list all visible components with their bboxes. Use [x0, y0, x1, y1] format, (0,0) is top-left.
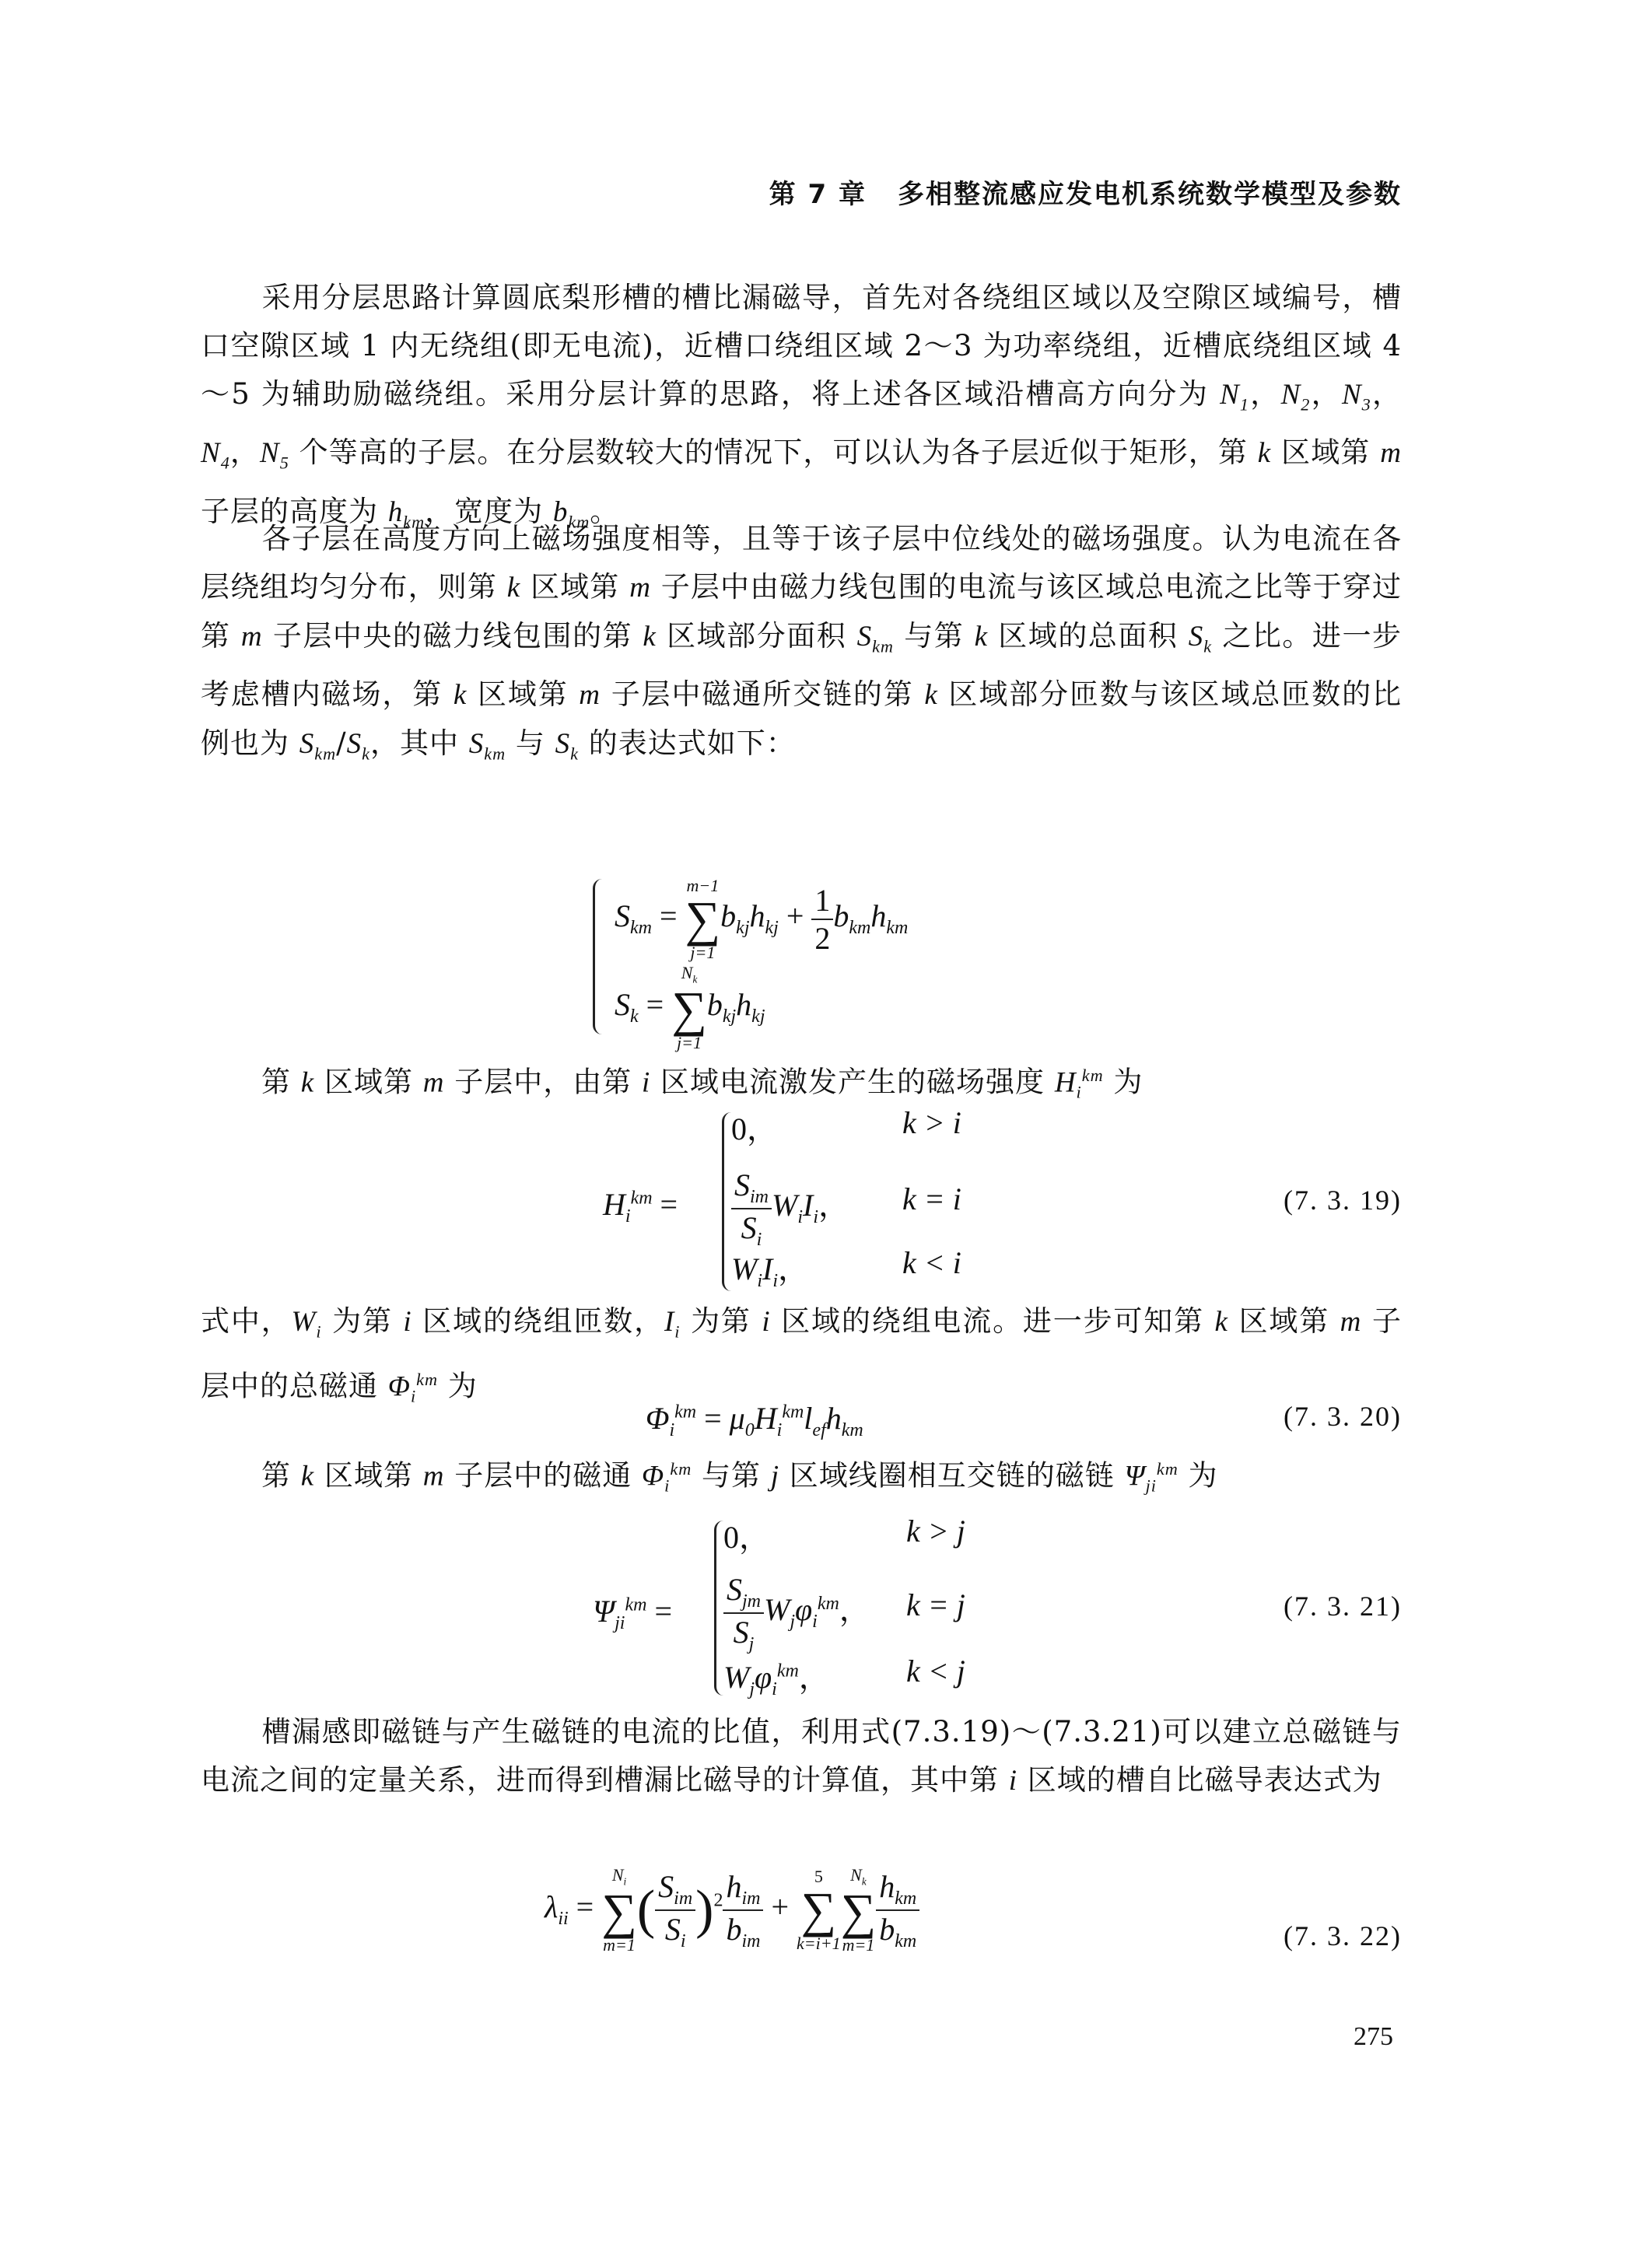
chapter-title: 多相整流感应发电机系统数学模型及参数	[898, 179, 1402, 210]
equation-number: (7. 3. 22)	[1284, 1920, 1402, 1952]
page-number: 275	[1354, 2022, 1393, 2052]
equation-number: (7. 3. 20)	[1284, 1400, 1402, 1433]
chapter-number: 第 7 章	[769, 179, 867, 210]
equation-number: (7. 3. 21)	[1284, 1590, 1402, 1622]
paragraph-3: 第 k 区域第 m 子层中，由第 i 区域电流激发产生的磁场强度 Hikm 为	[201, 1052, 1402, 1117]
running-header: 第 7 章多相整流感应发电机系统数学模型及参数	[739, 173, 1402, 211]
paragraph-6: 槽漏感即磁链与产生磁链的电流的比值，利用式(7.3.19)～(7.3.21)可以…	[201, 1708, 1402, 1805]
paragraph-2: 各子层在高度方向上磁场强度相等，且等于该子层中位线处的磁场强度。认为电流在各层绕…	[201, 515, 1402, 779]
paragraph-1: 采用分层思路计算圆底梨形槽的槽比漏磁导，首先对各绕组区域以及空隙区域编号，槽口空…	[201, 274, 1402, 546]
equation-number: (7. 3. 19)	[1284, 1184, 1402, 1216]
paragraph-5: 第 k 区域第 m 子层中的磁通 Φikm 与第 j 区域线圈相互交链的磁链 Ψ…	[201, 1445, 1402, 1510]
